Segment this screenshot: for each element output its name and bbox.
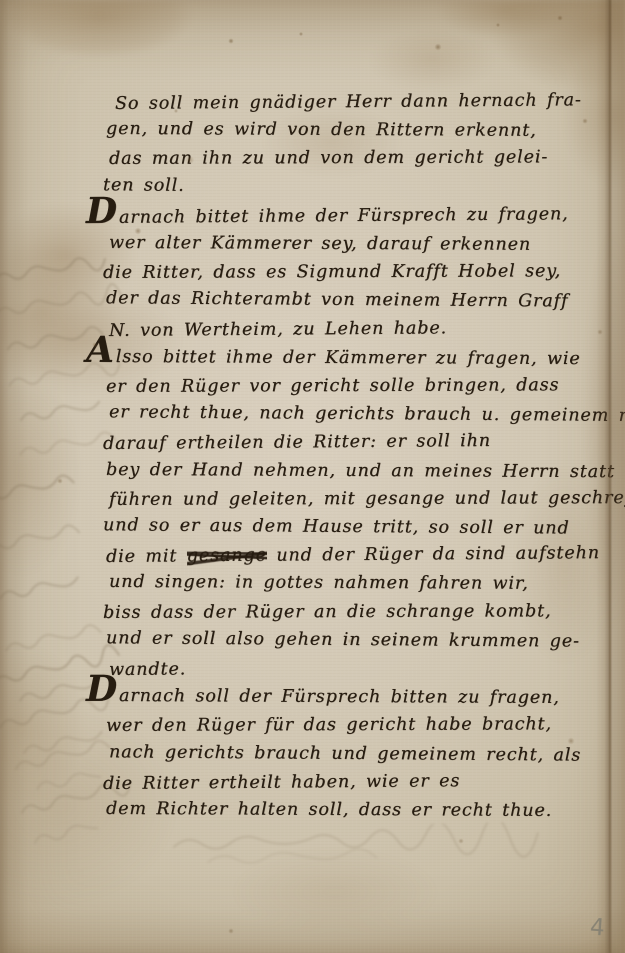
manuscript-line: er recht thue, nach gerichts brauch u. g… xyxy=(109,398,608,430)
manuscript-line: N. von Wertheim, zu Lehen habe. xyxy=(109,313,608,345)
manuscript-line: wer den Rüger für das gericht habe brach… xyxy=(106,711,608,741)
crossed-out-word: gesange xyxy=(187,546,267,567)
manuscript-line: wer alter Kämmerer sey, darauf erkennen xyxy=(109,229,608,259)
line-text: und der Rüger da sind aufstehn xyxy=(267,543,600,566)
manuscript-line: die Ritter ertheilt haben, wie er es xyxy=(103,766,608,798)
line-text: die mit xyxy=(106,547,187,568)
manuscript-text-block: So soll mein gnädiger Herr dann hernach … xyxy=(103,88,608,824)
manuscript-line: und er soll also gehen in seinem krummen… xyxy=(106,624,608,656)
manuscript-line: führen und geleiten, mit gesange und lau… xyxy=(109,484,608,514)
manuscript-line: der das Richterambt von meinem Herrn Gra… xyxy=(106,285,608,317)
manuscript-line: biss dass der Rüger an die schrange komb… xyxy=(103,597,608,627)
manuscript-line: die Ritter, dass es Sigmund Krafft Hobel… xyxy=(103,257,608,287)
manuscript-line: das man ihn zu und von dem gericht gelei… xyxy=(109,144,608,174)
manuscript-line: ten soll. xyxy=(103,171,608,203)
manuscript-line: dem Richter halten soll, dass er recht t… xyxy=(106,795,608,825)
folio-number-pencil: 4 xyxy=(589,915,605,942)
manuscript-line: darauf ertheilen die Ritter: er soll ihn xyxy=(103,426,608,458)
manuscript-line-paragraph-start: Darnach bittet ihme der Fürsprech zu fra… xyxy=(86,199,608,232)
manuscript-line: nach gerichts brauch und gemeinem recht,… xyxy=(109,738,608,770)
manuscript-line: und so er aus dem Hause tritt, so soll e… xyxy=(103,511,608,543)
manuscript-line: wandte. xyxy=(109,652,608,684)
manuscript-line-with-correction: die mit gesange und der Rüger da sind au… xyxy=(106,539,608,571)
manuscript-page: So soll mein gnädiger Herr dann hernach … xyxy=(0,0,625,953)
bleedthrough-ghost-text xyxy=(168,821,551,869)
manuscript-line: bey der Hand nehmen, und an meines Herrn… xyxy=(106,456,608,486)
manuscript-line-paragraph-start: Darnach soll der Fürsprech bitten zu fra… xyxy=(86,681,608,712)
manuscript-line-paragraph-start: Alsso bittet ihme der Kämmerer zu fragen… xyxy=(86,342,608,373)
manuscript-line: So soll mein gnädiger Herr dann hernach … xyxy=(115,86,608,118)
manuscript-line: gen, und es wird von den Rittern erkennt… xyxy=(106,115,608,145)
manuscript-line: und singen: in gottes nahmen fahren wir, xyxy=(109,568,608,598)
manuscript-line: er den Rüger vor gericht solle bringen, … xyxy=(106,371,608,401)
